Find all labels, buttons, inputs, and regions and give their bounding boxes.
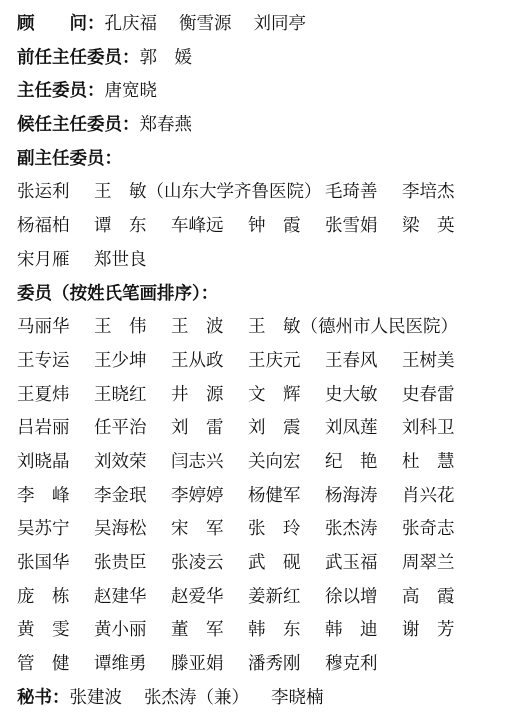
member-name: 李金珉 (94, 480, 171, 514)
members-row: 刘晓晶 刘效荣 闫志兴 关向宏 纪 艳 杜 慧 (17, 446, 507, 480)
vice-chair-name: 李培杰 (402, 176, 479, 210)
member-name: 张奇志 (402, 513, 479, 547)
chair-elect-label: 候任主任委员： (17, 109, 140, 143)
member-name: 王夏炜 (17, 379, 94, 413)
members-row: 李 峰 李金珉 李婷婷 杨健军 杨海涛 肖兴花 (17, 480, 507, 514)
member-name: 吕岩丽 (17, 412, 94, 446)
member-name: 杨健军 (248, 480, 325, 514)
member-name: 闫志兴 (171, 446, 248, 480)
vice-chair-name: 梁 英 (402, 210, 479, 244)
member-name: 杜 慧 (402, 446, 479, 480)
chair-elect-line: 候任主任委员： 郑春燕 (17, 109, 507, 143)
member-name: 王专运 (17, 345, 94, 379)
former-chair-name: 郭 媛 (140, 42, 193, 76)
member-name: 滕亚娟 (171, 648, 248, 682)
member-name: 马丽华 (17, 311, 94, 345)
members-row: 王专运 王少坤 王从政 王庆元 王春风 王树美 (17, 345, 507, 379)
members-label: 委员（按姓氏笔画排序）： (17, 278, 218, 312)
members-row: 吴苏宁 吴海松 宋 军 张 玲 张杰涛 张奇志 (17, 513, 507, 547)
advisors-line: 顾 问： 孔庆福 衡雪源 刘同亭 (17, 8, 507, 42)
vice-chair-name: 张运利 (17, 176, 94, 210)
member-name: 李婷婷 (171, 480, 248, 514)
vice-chair-name: 谭 东 (94, 210, 171, 244)
member-name: 谭维勇 (94, 648, 171, 682)
chair-elect-name: 郑春燕 (140, 109, 193, 143)
secretary-name: 张杰涛（兼） (144, 682, 249, 716)
member-name: 吴海松 (94, 513, 171, 547)
member-name: 刘科卫 (402, 412, 479, 446)
member-name: 文 辉 (248, 379, 325, 413)
chair-name: 唐宽晓 (105, 75, 158, 109)
member-name: 韩 东 (248, 614, 325, 648)
member-name: 刘 震 (248, 412, 325, 446)
member-name: 高 霞 (402, 581, 479, 615)
member-name: 刘晓晶 (17, 446, 94, 480)
member-name: 武 砚 (248, 547, 325, 581)
former-chair-line: 前任主任委员： 郭 媛 (17, 42, 507, 76)
member-name: 刘效荣 (94, 446, 171, 480)
member-name: 王庆元 (248, 345, 325, 379)
members-row: 马丽华 王 伟 王 波 王 敏（德州市人民医院） (17, 311, 507, 345)
vice-chair-name: 杨福柏 (17, 210, 94, 244)
member-name: 王 伟 (94, 311, 171, 345)
member-name: 刘凤莲 (325, 412, 402, 446)
member-name: 吴苏宁 (17, 513, 94, 547)
vice-chairs-heading-line: 副主任委员： (17, 143, 507, 177)
member-name: 黄小丽 (94, 614, 171, 648)
member-name: 潘秀刚 (248, 648, 325, 682)
vice-chair-name: 钟 霞 (248, 210, 325, 244)
members-row: 管 健 谭维勇 滕亚娟 潘秀刚 穆克利 (17, 648, 507, 682)
member-name: 赵建华 (94, 581, 171, 615)
vice-chair-name: 宋月雁 (17, 244, 94, 278)
vice-chair-name: 王 敏（山东大学齐鲁医院） (94, 176, 325, 210)
advisor-name: 孔庆福 (105, 8, 158, 42)
member-name: 谢 芳 (402, 614, 479, 648)
member-name: 宋 军 (171, 513, 248, 547)
member-name: 王从政 (171, 345, 248, 379)
secretaries-line: 秘书： 张建波 张杰涛（兼） 李晓楠 (17, 682, 507, 716)
vice-chair-name: 郑世良 (94, 244, 171, 278)
member-name: 任平治 (94, 412, 171, 446)
vice-chairs-row: 张运利 王 敏（山东大学齐鲁医院） 毛琦善 李培杰 (17, 176, 507, 210)
member-name: 刘 雷 (171, 412, 248, 446)
member-name: 史春雷 (402, 379, 479, 413)
advisor-name: 刘同亭 (254, 8, 307, 42)
committee-roster: 顾 问： 孔庆福 衡雪源 刘同亭 前任主任委员： 郭 媛 主任委员： 唐宽晓 候… (0, 0, 507, 715)
members-row: 张国华 张贵臣 张凌云 武 砚 武玉福 周翠兰 (17, 547, 507, 581)
vice-chair-name: 毛琦善 (325, 176, 402, 210)
secretary-name: 张建波 (70, 682, 123, 716)
member-name: 黄 雯 (17, 614, 94, 648)
member-name: 王 波 (171, 311, 248, 345)
member-name: 张 玲 (248, 513, 325, 547)
members-heading-line: 委员（按姓氏笔画排序）： (17, 278, 507, 312)
member-name: 张杰涛 (325, 513, 402, 547)
vice-chair-name: 车峰远 (171, 210, 248, 244)
member-name: 董 军 (171, 614, 248, 648)
members-row: 庞 栋 赵建华 赵爱华 姜新红 徐以增 高 霞 (17, 581, 507, 615)
former-chair-label: 前任主任委员： (17, 42, 140, 76)
member-name: 张凌云 (171, 547, 248, 581)
member-name: 王 敏（德州市人民医院） (248, 311, 488, 345)
vice-chairs-label: 副主任委员： (17, 143, 122, 177)
advisor-name: 衡雪源 (179, 8, 232, 42)
member-name: 井 源 (171, 379, 248, 413)
members-row: 吕岩丽 任平治 刘 雷 刘 震 刘凤莲 刘科卫 (17, 412, 507, 446)
member-name: 管 健 (17, 648, 94, 682)
member-name: 杨海涛 (325, 480, 402, 514)
vice-chairs-row: 宋月雁 郑世良 (17, 244, 507, 278)
secretaries-label: 秘书： (17, 682, 70, 716)
member-name: 赵爱华 (171, 581, 248, 615)
secretary-name: 李晓楠 (271, 682, 324, 716)
member-name: 张国华 (17, 547, 94, 581)
member-name: 李 峰 (17, 480, 94, 514)
member-name: 肖兴花 (402, 480, 479, 514)
member-name: 史大敏 (325, 379, 402, 413)
member-name: 穆克利 (325, 648, 402, 682)
member-name: 纪 艳 (325, 446, 402, 480)
member-name: 张贵臣 (94, 547, 171, 581)
member-name: 王少坤 (94, 345, 171, 379)
members-row: 王夏炜 王晓红 井 源 文 辉 史大敏 史春雷 (17, 379, 507, 413)
member-name: 周翠兰 (402, 547, 479, 581)
chair-label: 主任委员： (17, 75, 105, 109)
member-name: 韩 迪 (325, 614, 402, 648)
member-name: 王晓红 (94, 379, 171, 413)
members-row: 黄 雯 黄小丽 董 军 韩 东 韩 迪 谢 芳 (17, 614, 507, 648)
advisors-label: 顾 问： (17, 8, 105, 42)
member-name: 关向宏 (248, 446, 325, 480)
chair-line: 主任委员： 唐宽晓 (17, 75, 507, 109)
member-name: 武玉福 (325, 547, 402, 581)
vice-chairs-row: 杨福柏 谭 东 车峰远 钟 霞 张雪娟 梁 英 (17, 210, 507, 244)
member-name: 庞 栋 (17, 581, 94, 615)
member-name: 姜新红 (248, 581, 325, 615)
vice-chair-name: 张雪娟 (325, 210, 402, 244)
member-name: 徐以增 (325, 581, 402, 615)
member-name: 王春风 (325, 345, 402, 379)
member-name: 王树美 (402, 345, 479, 379)
